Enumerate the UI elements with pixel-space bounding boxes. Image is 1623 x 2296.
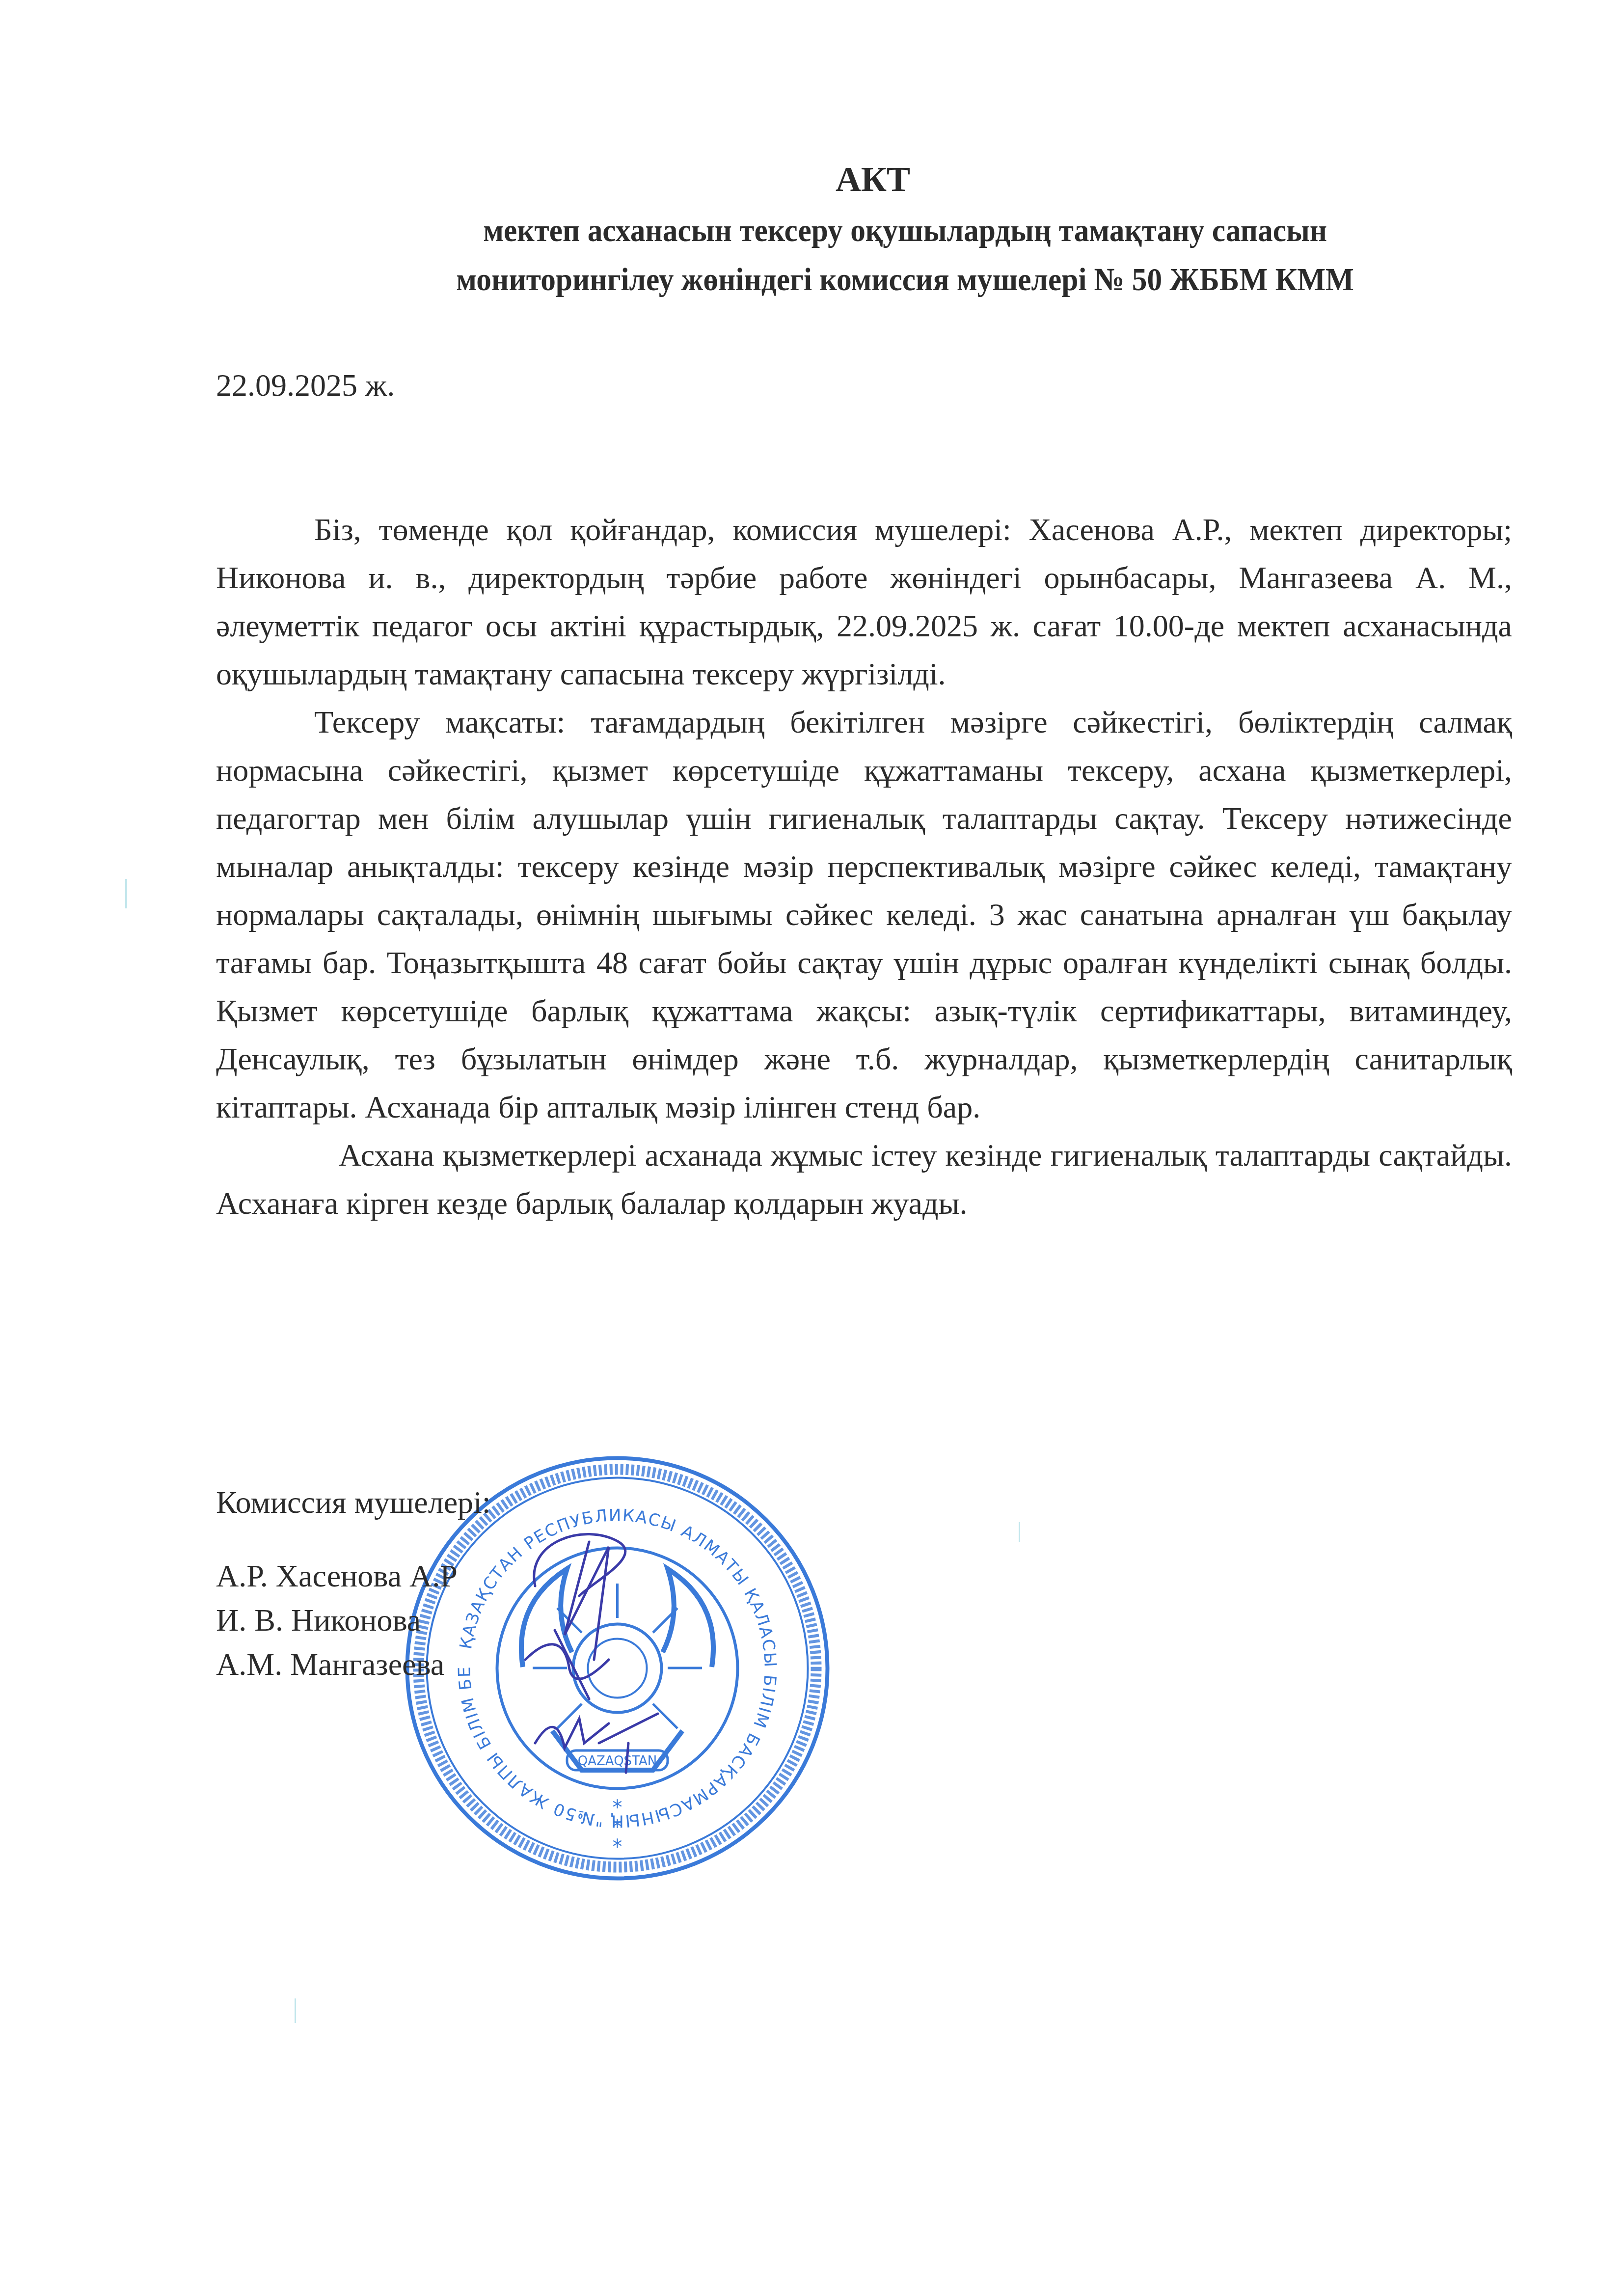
signature-member-1: А.Р. Хасенова А.Р (216, 1554, 491, 1598)
signature-member-3: А.М. Мангазеева (216, 1642, 491, 1687)
document-page: АКТ мектеп асханасын тексеру оқушылардың… (0, 0, 1623, 2296)
subtitle-line-1: мектеп асханасын тексеру оқушылардың там… (344, 206, 1467, 255)
scan-artifact (1019, 1522, 1020, 1542)
paragraph-1: Біз, төменде қол қойғандар, комиссия муш… (216, 506, 1512, 698)
signature-member-2: И. В. Никонова (216, 1598, 491, 1642)
signatures-block: Комиссия мушелері: А.Р. Хасенова А.Р И. … (216, 1480, 491, 1687)
handwritten-signature-icon (496, 1512, 702, 1787)
scan-artifact (125, 879, 127, 908)
document-date: 22.09.2025 ж. (216, 366, 395, 405)
document-body: Біз, төменде қол қойғандар, комиссия муш… (216, 506, 1512, 1228)
document-title: АКТ (0, 157, 1623, 201)
paragraph-3: Асхана қызметкерлері асханада жұмыс істе… (216, 1131, 1512, 1228)
document-subtitle: мектеп асханасын тексеру оқушылардың там… (261, 206, 1466, 304)
signatures-heading: Комиссия мушелері: (216, 1480, 491, 1525)
paragraph-2: Тексеру мақсаты: тағамдардың бекітілген … (216, 698, 1512, 1131)
svg-text:*: * (613, 1836, 622, 1859)
scan-artifact (295, 1998, 296, 2023)
subtitle-line-2: мониторингілеу жөніндегі комиссия мушеле… (344, 255, 1467, 304)
